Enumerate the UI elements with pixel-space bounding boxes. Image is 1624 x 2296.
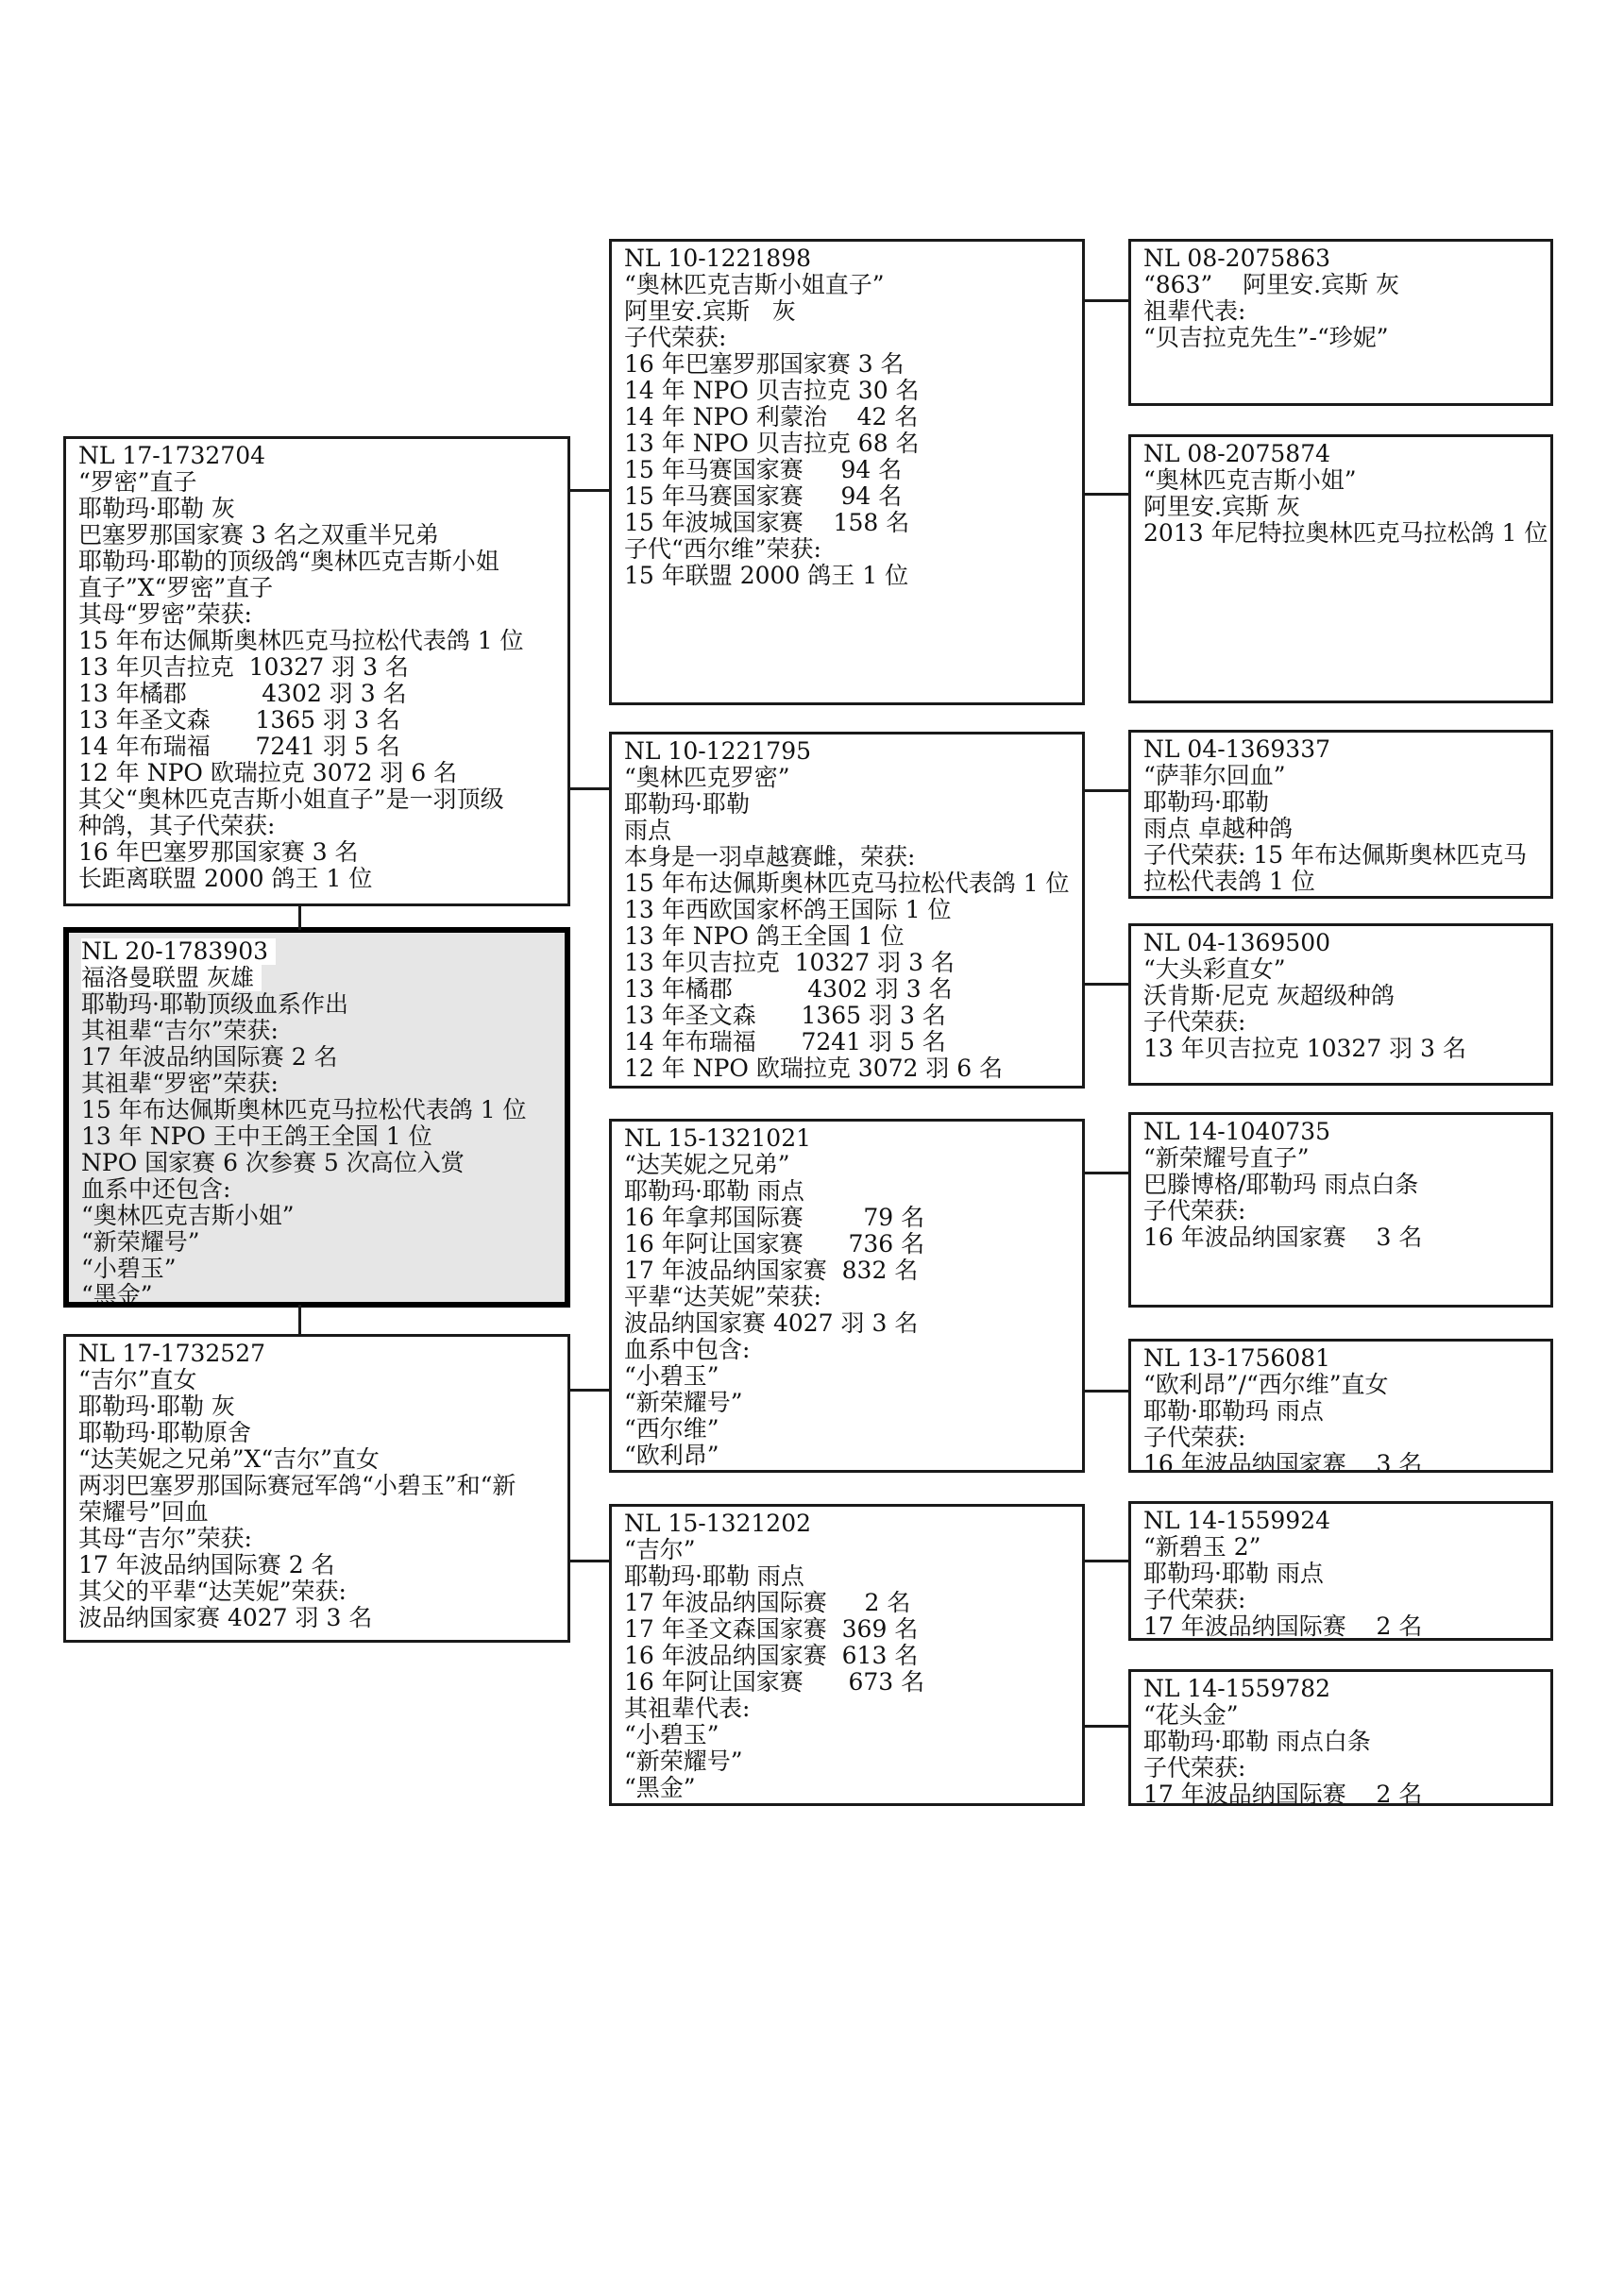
pedigree-text-line: 子代荣获:: [1143, 1198, 1543, 1224]
pedigree-text-line: 祖辈代表:: [1143, 298, 1543, 325]
pedigree-text-line: 16 年巴塞罗那国家赛 3 名: [624, 351, 1074, 378]
pedigree-text-line: NL 13-1756081: [1143, 1345, 1543, 1372]
pedigree-text-line: 13 年圣文森 1365 羽 3 名: [78, 707, 560, 734]
pedigree-text-line: 15 年马赛国家赛 94 名: [624, 457, 1074, 483]
pedigree-text-line: “贝吉拉克先生”-“珍妮”: [1143, 325, 1543, 351]
pedigree-text-line: 17 年波品纳国际赛 2 名: [624, 1590, 1074, 1616]
pedigree-text-line: “奥林匹克罗密”: [624, 765, 1074, 791]
pedigree-text-line: “小碧玉”: [624, 1722, 1074, 1748]
pedigree-text-line: 14 年布瑞福 7241 羽 5 名: [78, 734, 560, 760]
pedigree-text-line: 血系中包含:: [624, 1337, 1074, 1363]
pedigree-text-line: “863” 阿里安.宾斯 灰: [1143, 272, 1543, 298]
pedigree-text-line: 子代荣获:: [624, 325, 1074, 351]
pedigree-connector-pgsire-ggp1: [1082, 299, 1131, 302]
pedigree-text-line: “新荣耀号直子”: [1143, 1145, 1543, 1172]
pedigree-text-line: 16 年波品纳国家赛 613 名: [624, 1643, 1074, 1669]
pedigree-text-line: 14 年 NPO 利蒙治 42 名: [624, 404, 1074, 430]
pedigree-text-line: 其祖辈“罗密”荣获:: [81, 1071, 557, 1097]
pedigree-chart: NL 17-1732704“罗密”直子耶勒玛·耶勒 灰巴塞罗那国家赛 3 名之双…: [0, 0, 1624, 2296]
pedigree-text-line: 耶勒玛·耶勒: [1143, 789, 1543, 816]
pedigree-text-line: 子代荣获: 15 年布达佩斯奥林匹克马: [1143, 842, 1543, 869]
pedigree-text-line: NL 10-1221795: [624, 738, 1074, 765]
pedigree-text-line: 子代荣获:: [1143, 1425, 1543, 1451]
pedigree-connector-dam-mgsire: [567, 1389, 612, 1392]
pedigree-box-great-grandparent-2: NL 08-2075874“奥林匹克吉斯小姐”阿里安.宾斯 灰2013 年尼特拉…: [1128, 434, 1553, 703]
pedigree-text-line: 耶勒玛·耶勒 雨点: [624, 1563, 1074, 1590]
pedigree-connector-pgdam-ggp4: [1082, 983, 1131, 986]
pedigree-text-line: 13 年 NPO 鸽王全国 1 位: [624, 923, 1074, 950]
pedigree-box-great-grandparent-8: NL 14-1559782“花头金”耶勒玛·耶勒 雨点白条子代荣获:17 年波品…: [1128, 1669, 1553, 1806]
pedigree-text-line: 子代荣获:: [1143, 1755, 1543, 1781]
pedigree-connector-mgsire-ggp6: [1082, 1390, 1131, 1393]
pedigree-text-line: 耶勒玛·耶勒 灰: [78, 496, 560, 522]
pedigree-text-line: 子代荣获:: [1143, 1587, 1543, 1613]
pedigree-text-line: NL 04-1369337: [1143, 736, 1543, 763]
pedigree-box-great-grandparent-5: NL 14-1040735“新荣耀号直子”巴滕博格/耶勒玛 雨点白条子代荣获:1…: [1128, 1112, 1553, 1308]
pedigree-text-line: 波品纳国家赛 4027 羽 3 名: [624, 1310, 1074, 1337]
pedigree-text-line: 17 年波品纳国家赛 832 名: [624, 1258, 1074, 1284]
pedigree-text-line: “欧利昂”/“西尔维”直女: [1143, 1372, 1543, 1398]
pedigree-text-line: NL 17-1732527: [78, 1341, 560, 1367]
pedigree-connector-subject-sire: [298, 903, 301, 930]
pedigree-text-line: “罗密”直子: [78, 469, 560, 496]
pedigree-text-line: 直子”X“罗密”直子: [78, 575, 560, 601]
pedigree-text-line: 其父的平辈“达芙妮”荣获:: [78, 1578, 560, 1605]
pedigree-text-line: 16 年巴塞罗那国家赛 3 名: [78, 839, 560, 866]
pedigree-text-line: 13 年 NPO 王中王鸽王全国 1 位: [81, 1123, 557, 1150]
pedigree-text-line: “黑金”: [81, 1282, 557, 1308]
pedigree-text-line: 16 年阿让国家赛 736 名: [624, 1231, 1074, 1258]
pedigree-text-line: 15 年布达佩斯奥林匹克马拉松代表鸽 1 位: [78, 628, 560, 654]
pedigree-connector-pgdam-ggp3: [1082, 789, 1131, 792]
pedigree-text-line: 13 年圣文森 1365 羽 3 名: [624, 1003, 1074, 1029]
pedigree-text-line: “新荣耀号”: [624, 1748, 1074, 1775]
pedigree-text-line: 两羽巴塞罗那国际赛冠军鸽“小碧玉”和“新: [78, 1473, 560, 1499]
pedigree-box-great-grandparent-6: NL 13-1756081“欧利昂”/“西尔维”直女耶勒·耶勒玛 雨点子代荣获:…: [1128, 1339, 1553, 1473]
pedigree-text-line: “达芙妮之兄弟”X“吉尔”直女: [78, 1446, 560, 1473]
pedigree-text-line: 17 年波品纳国际赛 2 名: [81, 1044, 557, 1071]
pedigree-text-line: 16 年波品纳国家赛 3 名: [1143, 1451, 1543, 1473]
pedigree-text-line: 拉松代表鸽 1 位: [1143, 869, 1543, 895]
pedigree-text-line: 16 年拿邦国际赛 79 名: [624, 1205, 1074, 1231]
pedigree-text-line: NL 10-1221898: [624, 245, 1074, 272]
pedigree-text-line: 15 年马赛国家赛 94 名: [624, 483, 1074, 510]
pedigree-text-line: 荣耀号”回血: [78, 1499, 560, 1526]
pedigree-text-line: 耶勒玛·耶勒 灰: [78, 1393, 560, 1420]
pedigree-text-line: 17 年波品纳国际赛 2 名: [78, 1552, 560, 1578]
pedigree-text-line: 血系中还包含:: [81, 1176, 557, 1203]
pedigree-text-line: 耶勒玛·耶勒顶级血系作出: [81, 991, 557, 1018]
pedigree-text-line: 12 年 NPO 欧瑞拉克 3072 羽 6 名: [624, 1055, 1074, 1082]
pedigree-text-line: NL 15-1321021: [624, 1125, 1074, 1152]
pedigree-text-line: 15 年波城国家赛 158 名: [624, 510, 1074, 536]
pedigree-text-line: 其祖辈“吉尔”荣获:: [81, 1018, 557, 1044]
pedigree-text-line: 雨点 卓越种鸽: [1143, 816, 1543, 842]
pedigree-text-line: 其母“吉尔”荣获:: [78, 1526, 560, 1552]
pedigree-box-paternal-grandsire: NL 10-1221898“奥林匹克吉斯小姐直子”阿里安.宾斯 灰子代荣获:16…: [609, 239, 1085, 705]
pedigree-text-line: 其祖辈代表:: [624, 1696, 1074, 1722]
pedigree-box-great-grandparent-3: NL 04-1369337“萨菲尔回血”耶勒玛·耶勒雨点 卓越种鸽子代荣获: 1…: [1128, 730, 1553, 899]
pedigree-connector-sire-pgdam: [567, 787, 612, 790]
pedigree-text-line: “奥林匹克吉斯小姐”: [81, 1203, 557, 1229]
pedigree-text-line: 13 年橘郡 4302 羽 3 名: [624, 976, 1074, 1003]
pedigree-text-line: 耶勒·耶勒玛 雨点: [1143, 1398, 1543, 1425]
pedigree-connector-mgdam-ggp7: [1082, 1560, 1131, 1562]
pedigree-text-line: 阿里安.宾斯 灰: [624, 298, 1074, 325]
pedigree-text-line: “黑金”: [624, 1775, 1074, 1801]
pedigree-text-line: 13 年贝吉拉克 10327 羽 3 名: [78, 654, 560, 681]
pedigree-text-line: 种鸽，其子代荣获:: [78, 813, 560, 839]
pedigree-text-line: 16 年波品纳国家赛 3 名: [1143, 1224, 1543, 1251]
pedigree-text-line: NL 20-1783903: [81, 938, 276, 965]
pedigree-text-line: 13 年 NPO 贝吉拉克 68 名: [624, 430, 1074, 457]
pedigree-text-line: 13 年贝吉拉克 10327 羽 3 名: [1143, 1036, 1543, 1062]
pedigree-box-maternal-grandsire: NL 15-1321021“达芙妮之兄弟”耶勒玛·耶勒 雨点16 年拿邦国际赛 …: [609, 1119, 1085, 1473]
pedigree-box-sire: NL 17-1732704“罗密”直子耶勒玛·耶勒 灰巴塞罗那国家赛 3 名之双…: [63, 436, 570, 906]
pedigree-text-line: 耶勒玛·耶勒 雨点: [1143, 1561, 1543, 1587]
pedigree-text-line: 17 年波品纳国际赛 2 名: [1143, 1613, 1543, 1640]
pedigree-text-line: 2013 年尼特拉奥林匹克马拉松鸽 1 位: [1143, 520, 1543, 547]
pedigree-text-line: NL 15-1321202: [624, 1511, 1074, 1537]
pedigree-text-line: “奥林匹克吉斯小姐”: [1143, 467, 1543, 494]
pedigree-text-line: 长距离联盟 2000 鸽王 1 位: [78, 866, 560, 892]
pedigree-box-paternal-granddam: NL 10-1221795“奥林匹克罗密”耶勒玛·耶勒雨点本身是一羽卓越赛雌，荣…: [609, 732, 1085, 1089]
pedigree-text-line: 平辈“达芙妮”荣获:: [624, 1284, 1074, 1310]
pedigree-text-line: 17 年波品纳国际赛 2 名: [1143, 1781, 1543, 1806]
pedigree-connector-subject-dam: [298, 1305, 301, 1337]
pedigree-text-line: “西尔维”: [624, 1416, 1074, 1443]
pedigree-box-maternal-granddam: NL 15-1321202“吉尔”耶勒玛·耶勒 雨点17 年波品纳国际赛 2 名…: [609, 1504, 1085, 1806]
pedigree-text-line: 耶勒玛·耶勒: [624, 791, 1074, 818]
pedigree-text-line: 本身是一羽卓越赛雌，荣获:: [624, 844, 1074, 870]
pedigree-text-line: 巴塞罗那国家赛 3 名之双重半兄弟: [78, 522, 560, 549]
pedigree-text-line: 16 年阿让国家赛 673 名: [624, 1669, 1074, 1696]
pedigree-text-line: NL 14-1559782: [1143, 1676, 1543, 1702]
pedigree-text-line: “奥林匹克吉斯小姐直子”: [624, 272, 1074, 298]
pedigree-connector-mgsire-ggp5: [1082, 1172, 1131, 1174]
pedigree-connector-sire-pgsire: [567, 489, 612, 492]
pedigree-text-line: “新碧玉 2”: [1143, 1534, 1543, 1561]
pedigree-text-line: 13 年西欧国家杯鸽王国际 1 位: [624, 897, 1074, 923]
pedigree-box-subject: NL 20-1783903福洛曼联盟 灰雄耶勒玛·耶勒顶级血系作出其祖辈“吉尔”…: [63, 927, 570, 1308]
pedigree-text-line: 巴滕博格/耶勒玛 雨点白条: [1143, 1172, 1543, 1198]
pedigree-box-great-grandparent-1: NL 08-2075863“863” 阿里安.宾斯 灰祖辈代表:“贝吉拉克先生”…: [1128, 239, 1553, 406]
pedigree-text-line: “达芙妮之兄弟”: [624, 1152, 1074, 1178]
pedigree-text-line: “新荣耀号”: [624, 1390, 1074, 1416]
pedigree-text-line: 子代“西尔维”荣获:: [624, 536, 1074, 563]
pedigree-text-line: “大头彩直女”: [1143, 956, 1543, 983]
pedigree-text-line: 15 年布达佩斯奥林匹克马拉松代表鸽 1 位: [81, 1097, 557, 1123]
pedigree-box-great-grandparent-4: NL 04-1369500“大头彩直女”沃肯斯·尼克 灰超级种鸽子代荣获:13 …: [1128, 923, 1553, 1086]
pedigree-text-line: 耶勒玛·耶勒 雨点白条: [1143, 1729, 1543, 1755]
pedigree-text-line: 13 年橘郡 4302 羽 3 名: [78, 681, 560, 707]
pedigree-text-line: 耶勒玛·耶勒的顶级鸽“奥林匹克吉斯小姐: [78, 549, 560, 575]
pedigree-text-line: 子代荣获:: [1143, 1009, 1543, 1036]
pedigree-box-dam: NL 17-1732527“吉尔”直女耶勒玛·耶勒 灰耶勒玛·耶勒原舍“达芙妮之…: [63, 1334, 570, 1643]
pedigree-text-line: NPO 国家赛 6 次参赛 5 次高位入赏: [81, 1150, 557, 1176]
pedigree-text-line: “小碧玉”: [624, 1363, 1074, 1390]
pedigree-text-line: NL 08-2075863: [1143, 245, 1543, 272]
pedigree-text-line: NL 14-1040735: [1143, 1119, 1543, 1145]
pedigree-text-line: 其父“奥林匹克吉斯小姐直子”是一羽顶级: [78, 786, 560, 813]
pedigree-text-line: “欧利昂”: [624, 1443, 1074, 1469]
pedigree-text-line: 15 年联盟 2000 鸽王 1 位: [624, 563, 1074, 589]
pedigree-connector-dam-mgdam: [567, 1560, 612, 1562]
pedigree-text-line: 阿里安.宾斯 灰: [1143, 494, 1543, 520]
pedigree-text-line: 沃肯斯·尼克 灰超级种鸽: [1143, 983, 1543, 1009]
pedigree-text-line: 13 年贝吉拉克 10327 羽 3 名: [624, 950, 1074, 976]
pedigree-text-line: 福洛曼联盟 灰雄: [81, 965, 262, 991]
pedigree-text-line: “萨菲尔回血”: [1143, 763, 1543, 789]
pedigree-box-great-grandparent-7: NL 14-1559924“新碧玉 2”耶勒玛·耶勒 雨点子代荣获:17 年波品…: [1128, 1501, 1553, 1641]
pedigree-text-line: NL 17-1732704: [78, 443, 560, 469]
pedigree-text-line: 15 年布达佩斯奥林匹克马拉松代表鸽 1 位: [624, 870, 1074, 897]
pedigree-text-line: “吉尔”直女: [78, 1367, 560, 1393]
pedigree-text-line: 波品纳国家赛 4027 羽 3 名: [78, 1605, 560, 1631]
pedigree-text-line: “新荣耀号”: [81, 1229, 557, 1256]
pedigree-text-line: 耶勒玛·耶勒原舍: [78, 1420, 560, 1446]
pedigree-text-line: NL 04-1369500: [1143, 930, 1543, 956]
pedigree-text-line: 耶勒玛·耶勒 雨点: [624, 1178, 1074, 1205]
pedigree-text-line: “小碧玉”: [81, 1256, 557, 1282]
pedigree-text-line: 12 年 NPO 欧瑞拉克 3072 羽 6 名: [78, 760, 560, 786]
pedigree-text-line: 17 年圣文森国家赛 369 名: [624, 1616, 1074, 1643]
pedigree-text-line: 其母“罗密”荣获:: [78, 601, 560, 628]
pedigree-text-line: “吉尔”: [624, 1537, 1074, 1563]
pedigree-connector-pgsire-ggp2: [1082, 493, 1131, 496]
pedigree-connector-mgdam-ggp8: [1082, 1725, 1131, 1728]
pedigree-text-line: “花头金”: [1143, 1702, 1543, 1729]
pedigree-text-line: 14 年 NPO 贝吉拉克 30 名: [624, 378, 1074, 404]
pedigree-text-line: 14 年布瑞福 7241 羽 5 名: [624, 1029, 1074, 1055]
pedigree-text-line: NL 14-1559924: [1143, 1508, 1543, 1534]
pedigree-text-line: NL 08-2075874: [1143, 441, 1543, 467]
pedigree-text-line: 雨点: [624, 818, 1074, 844]
